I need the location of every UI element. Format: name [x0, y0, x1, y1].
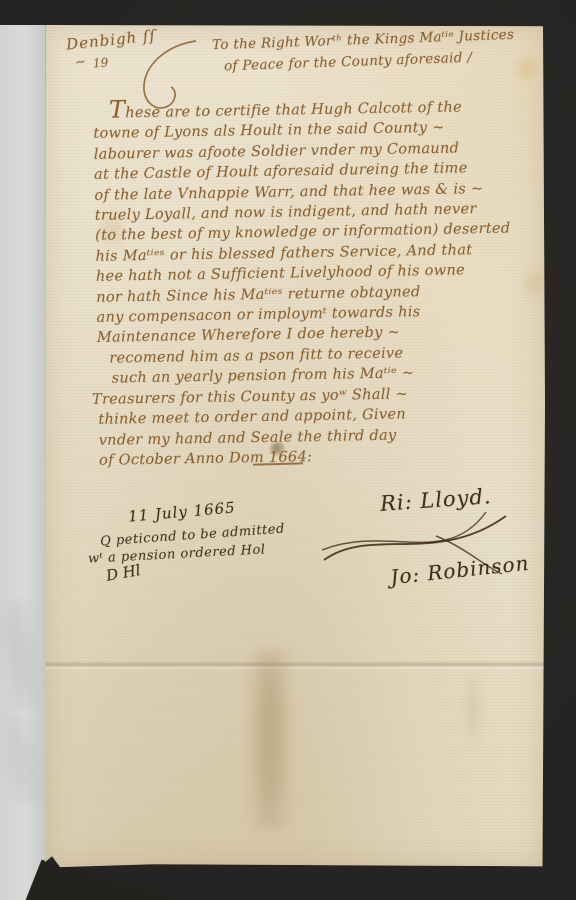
backing-sheet: [0, 25, 46, 900]
bleedthrough-mark: [0, 715, 44, 805]
folio-tick: ~: [74, 54, 87, 71]
folio-number: 19: [93, 55, 109, 70]
salutation-line2: of Peace for the County aforesaid /: [224, 50, 473, 75]
stain: [462, 665, 484, 755]
salutation-line1: To the Right Worᵗʰ the Kings Maᵗⁱᵉ Justi…: [212, 27, 515, 54]
endorsement-note: wᵗ a pension ordered Hol: [88, 542, 266, 566]
endorsement-initials: D Hl: [105, 561, 142, 585]
bleedthrough-mark: [0, 600, 42, 710]
stain: [244, 650, 296, 830]
endorsement-note: Q peticond to be admitted: [100, 522, 286, 550]
document-page: Denbigh ſſ ~ 19 To the Right Worᵗʰ the K…: [44, 25, 545, 868]
signature-flourish: [316, 508, 516, 580]
stain: [510, 55, 544, 83]
certificate-body: These are to certifie that Hugh Calcott …: [93, 92, 539, 471]
endorsement-date: 11 July 1665: [127, 498, 236, 525]
scan-background: Denbigh ſſ ~ 19 To the Right Worᵗʰ the K…: [0, 0, 576, 900]
